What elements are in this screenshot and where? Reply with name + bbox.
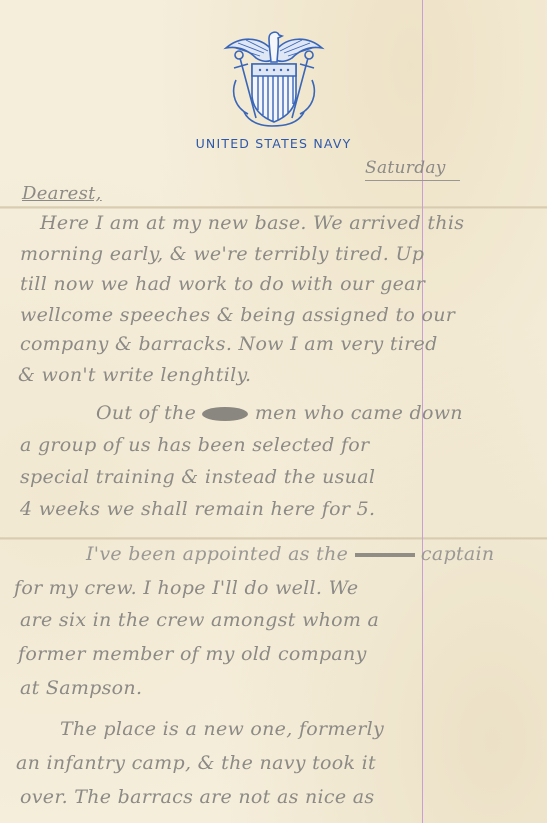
letter-line: a group of us has been selected for — [20, 434, 369, 456]
letter-line: Out of the men who came down — [96, 402, 463, 424]
letterhead: UNITED STATES NAVY — [0, 28, 547, 151]
letter-line-text: men who came down — [255, 402, 463, 424]
letter-line: are six in the crew amongst whom a — [20, 609, 379, 631]
letter-line: over. The barracs are not as nice as — [20, 786, 374, 808]
navy-emblem-icon — [222, 28, 326, 130]
letter-line: 4 weeks we shall remain here for 5. — [20, 498, 375, 520]
letter-line: special training & instead the usual — [20, 466, 375, 488]
scribbled-out-word — [202, 407, 248, 421]
letter-line: former member of my old company — [18, 643, 367, 665]
paper-fold-line — [0, 537, 547, 540]
letter-line-text: Out of the — [96, 402, 196, 424]
letter-line: The place is a new one, formerly — [60, 718, 384, 740]
struck-out-word — [355, 553, 415, 557]
letter-line: morning early, & we're terribly tired. U… — [20, 243, 424, 265]
letter-line: & won't write lenghtily. — [18, 364, 251, 386]
letter-line: for my crew. I hope I'll do well. We — [14, 577, 358, 599]
letter-line: an infantry camp, & the navy took it — [16, 752, 376, 774]
letter-line-text: captain — [421, 543, 495, 565]
letter-line: wellcome speeches & being assigned to ou… — [20, 304, 455, 326]
letter-line: I've been appointed as the captain — [86, 543, 494, 565]
letter-page: UNITED STATES NAVY Saturday Dearest, Her… — [0, 0, 547, 823]
letter-date: Saturday — [365, 158, 460, 181]
paper-fold-line — [0, 206, 547, 209]
salutation: Dearest, — [22, 183, 102, 204]
letter-line: till now we had work to do with our gear — [20, 273, 425, 295]
letter-line: Here I am at my new base. We arrived thi… — [40, 212, 464, 234]
organization-name: UNITED STATES NAVY — [0, 136, 547, 151]
letter-line: at Sampson. — [20, 677, 142, 699]
letter-line: company & barracks. Now I am very tired — [20, 333, 438, 355]
letter-line-text: I've been appointed as the — [86, 543, 348, 565]
